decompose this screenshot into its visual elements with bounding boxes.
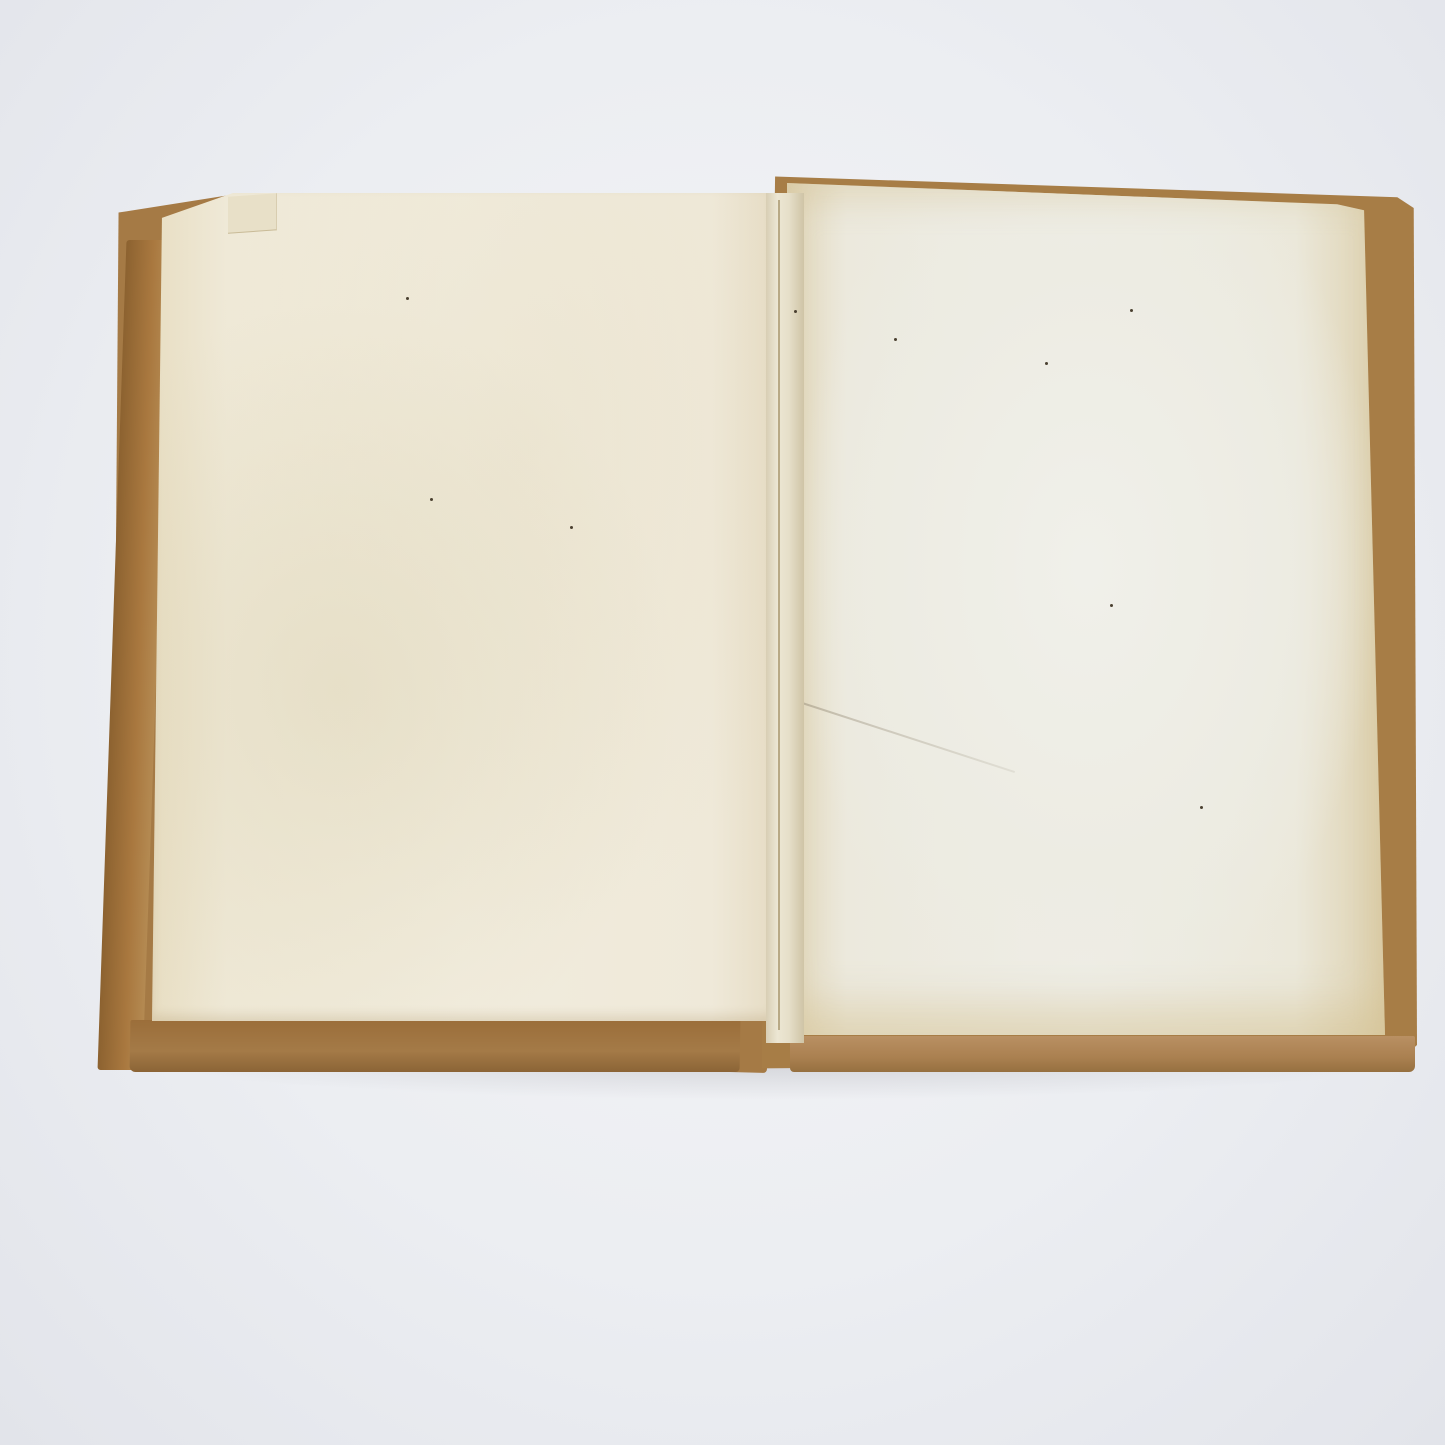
right-cover-bottom-flap: [790, 1036, 1415, 1072]
gutter-fold-line: [778, 200, 780, 1030]
left-blank-page: [152, 193, 774, 1021]
paper-speck: [1110, 604, 1113, 607]
paper-speck: [894, 338, 897, 341]
paper-speck: [794, 310, 797, 313]
paper-speck: [1200, 806, 1203, 809]
paper-speck: [570, 526, 573, 529]
paper-speck: [430, 498, 433, 501]
left-cover-bottom-flap: [130, 1020, 741, 1072]
photo-scene: [0, 0, 1445, 1445]
left-page-folded-corner: [228, 193, 277, 233]
right-blank-page: [787, 183, 1385, 1035]
paper-speck: [1045, 362, 1048, 365]
book-gutter: [766, 193, 804, 1043]
paper-speck: [1130, 309, 1133, 312]
paper-speck: [406, 297, 409, 300]
